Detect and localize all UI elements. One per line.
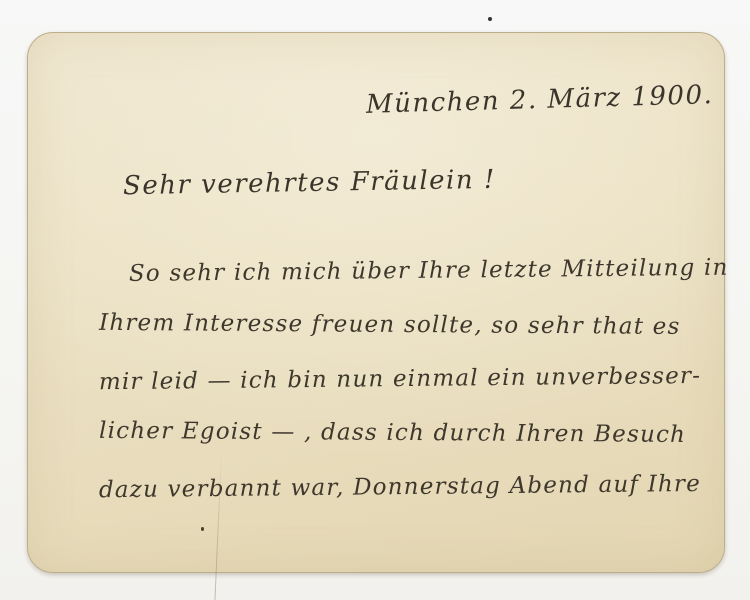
body-line: mir leid — ich bin nun einmal ein unverb… — [99, 363, 720, 423]
dust-speck — [488, 17, 492, 21]
body-line: dazu verbannt war, Donnerstag Abend auf … — [99, 471, 720, 531]
letter-card: München 2. März 1900. Sehr verehrtes Frä… — [27, 32, 725, 573]
dateline: München 2. März 1900. — [366, 80, 714, 120]
body-line: licher Egoist — , dass ich durch Ihren B… — [99, 418, 719, 476]
scan-background: München 2. März 1900. Sehr verehrtes Frä… — [0, 0, 750, 600]
body-line: So sehr ich mich über Ihre letzte Mittei… — [99, 255, 720, 315]
body-line: Ihrem Interesse freuen sollte, so sehr t… — [99, 310, 719, 368]
letter-body: So sehr ich mich über Ihre letzte Mittei… — [99, 258, 719, 528]
ink-blot — [201, 527, 204, 531]
salutation: Sehr verehrtes Fräulein ! — [123, 165, 496, 202]
